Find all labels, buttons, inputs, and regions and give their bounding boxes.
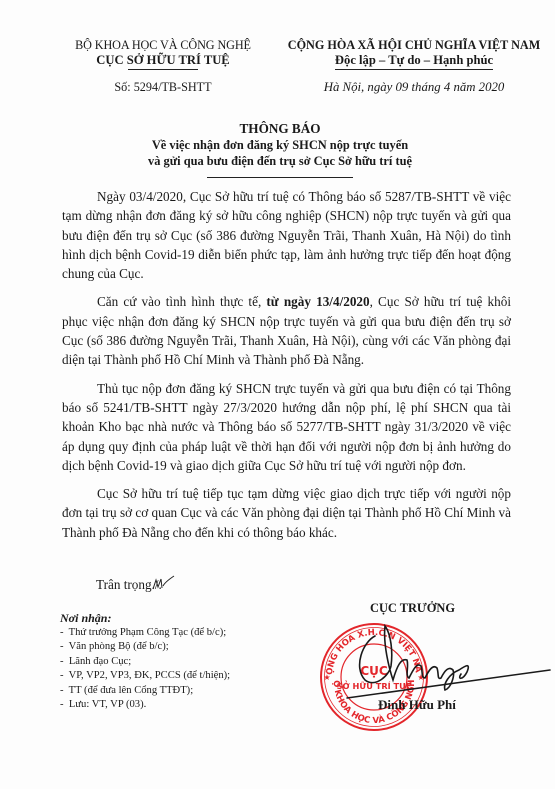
title-block: THÔNG BÁO Về việc nhận đơn đăng ký SHCN …: [40, 121, 520, 178]
place-date: Hà Nội, ngày 09 tháng 4 năm 2020: [283, 80, 545, 95]
divider: [128, 69, 198, 70]
document-page: BỘ KHOA HỌC VÀ CÔNG NGHỆ CỤC SỞ HỮU TRÍ …: [0, 0, 555, 789]
effective-date: từ ngày 13/4/2020: [266, 294, 369, 309]
paragraph-2-lead: Căn cứ vào tình hình thực tế,: [97, 294, 266, 309]
agency-name: CỤC SỞ HỮU TRÍ TUỆ: [50, 53, 276, 68]
initials-mark-icon: [150, 574, 176, 592]
body-text: Ngày 03/4/2020, Cục Sở hữu trí tuệ có Th…: [62, 187, 511, 551]
national-motto: Độc lập – Tự do – Hạnh phúc: [283, 53, 545, 68]
document-subtitle-line2: và gửi qua bưu điện đến trụ sở Cục Sở hữ…: [40, 153, 520, 169]
recipients-list: Nơi nhận: Thứ trưởng Phạm Công Tạc (để b…: [60, 611, 230, 712]
paragraph-2: Căn cứ vào tình hình thực tế, từ ngày 13…: [62, 292, 511, 369]
recipients-items: Thứ trưởng Phạm Công Tạc (để b/c);Văn ph…: [60, 626, 230, 712]
divider: [207, 177, 353, 178]
nation-name: CỘNG HÒA XÃ HỘI CHỦ NGHĨA VIỆT NAM: [283, 38, 545, 53]
paragraph-3: Thủ tục nộp đơn đăng ký SHCN trực tuyến …: [62, 379, 511, 475]
signer-position: CỤC TRƯỞNG: [370, 601, 455, 616]
document-title: THÔNG BÁO: [40, 121, 520, 137]
recipient-item: VP, VP2, VP3, ĐK, PCCS (để t/hiện);: [60, 669, 230, 683]
recipient-item: Thứ trưởng Phạm Công Tạc (để b/c);: [60, 626, 230, 640]
recipient-item: Lưu: VT, VP (03).: [60, 698, 230, 712]
recipients-title: Nơi nhận:: [60, 611, 230, 626]
paragraph-1: Ngày 03/4/2020, Cục Sở hữu trí tuệ có Th…: [62, 187, 511, 283]
recipient-item: TT (để đưa lên Cổng TTĐT);: [60, 684, 230, 698]
svg-text:★: ★: [323, 673, 330, 682]
issuing-authority: BỘ KHOA HỌC VÀ CÔNG NGHỆ CỤC SỞ HỮU TRÍ …: [50, 38, 276, 95]
paragraph-4: Cục Sở hữu trí tuệ tiếp tục tạm dừng việ…: [62, 484, 511, 542]
document-subtitle-line1: Về việc nhận đơn đăng ký SHCN nộp trực t…: [40, 137, 520, 153]
recipient-item: Lãnh đạo Cục;: [60, 655, 230, 669]
ministry-name: BỘ KHOA HỌC VÀ CÔNG NGHỆ: [50, 38, 276, 53]
national-heading: CỘNG HÒA XÃ HỘI CHỦ NGHĨA VIỆT NAM Độc l…: [283, 38, 545, 95]
document-number: Số: 5294/TB-SHTT: [50, 80, 276, 95]
signer-name: Đinh Hữu Phí: [378, 697, 456, 713]
divider: [335, 69, 493, 70]
recipient-item: Văn phòng Bộ (để b/c);: [60, 640, 230, 654]
